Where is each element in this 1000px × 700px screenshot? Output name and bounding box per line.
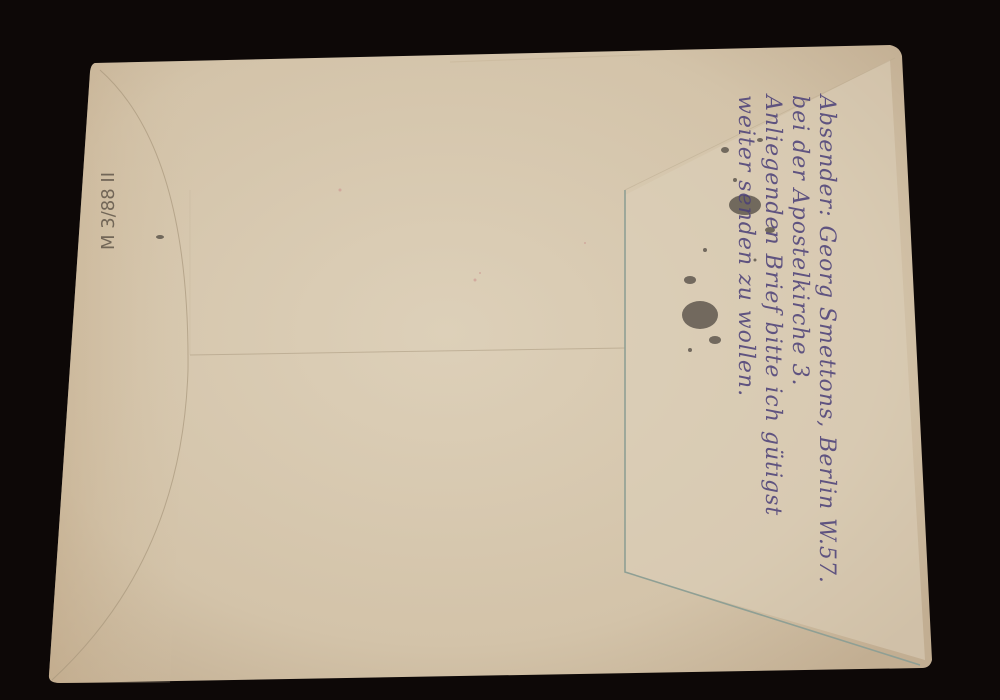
pencil-annotation-text: M 3/88 II — [98, 172, 119, 250]
handwriting-line: bei der Apostelkirche 3. — [786, 95, 813, 584]
envelope-svg — [0, 0, 1000, 700]
handwriting-line: Anliegenden Brief bitte ich gütigst — [759, 95, 786, 584]
sender-handwriting: Absender: Georg Smettons, Berlin W.57. b… — [732, 95, 840, 584]
pencil-annotation: M 3/88 II — [98, 172, 119, 250]
handwriting-line: weiter senden zu wollen. — [732, 95, 759, 584]
handwriting-line: Absender: Georg Smettons, Berlin W.57. — [813, 95, 840, 584]
envelope-photo: M 3/88 II Absender: Georg Smettons, Berl… — [0, 0, 1000, 700]
